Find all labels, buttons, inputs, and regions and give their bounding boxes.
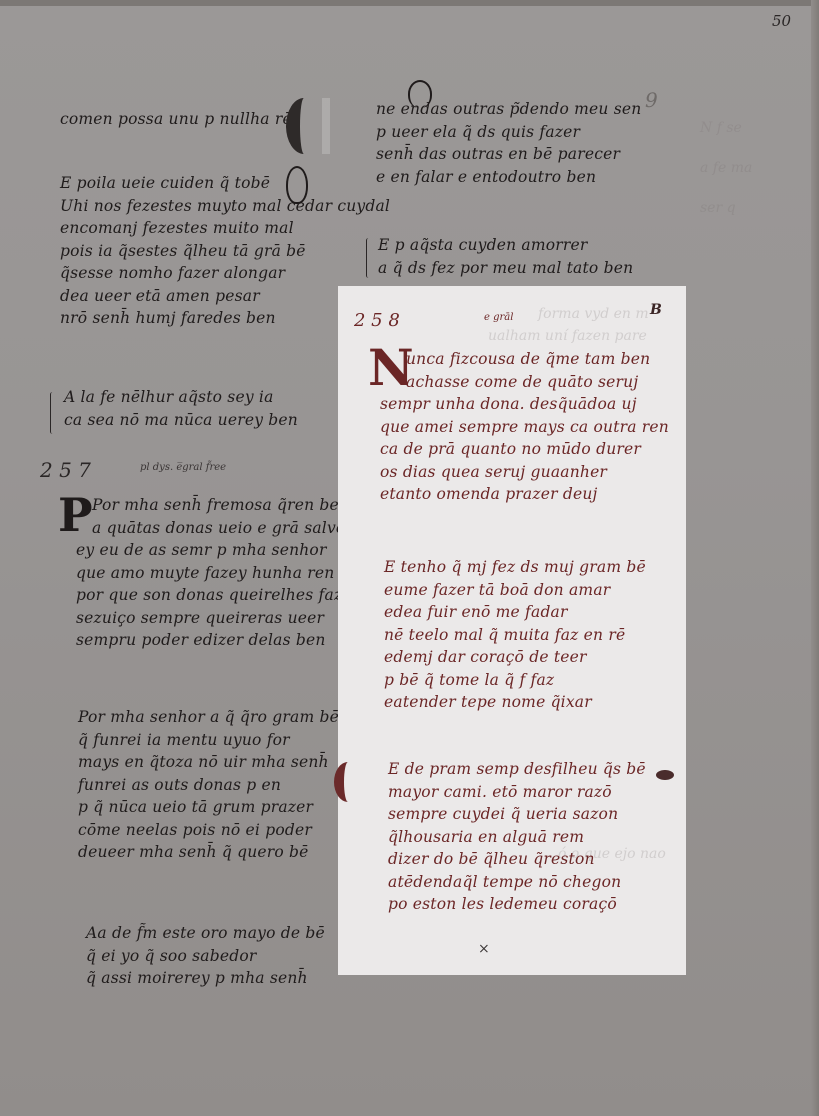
page-right-edge <box>811 0 819 1116</box>
verse-line: sempru poder edizer delas ben <box>76 629 359 652</box>
verse-line: ne endas outras p̃dendo meu sen <box>376 98 641 121</box>
verse-line: edemj dar coraçō de teer <box>384 646 646 669</box>
verse-line: p bē q̃ tome la q̃ f faz <box>384 669 646 692</box>
show-through-text: a fe ma <box>700 160 752 176</box>
verse-line: unca fizcousa de q̃me tam ben <box>398 348 669 371</box>
rubric-note: pl dys. e̅gral f̃ree <box>140 462 226 473</box>
poem-number: 2 5 8 <box>354 310 400 331</box>
verse-line: sezuiço sempre queireras ueer <box>76 607 359 630</box>
verse-line: Por mha senhor a q̃ q̃ro gram bē <box>78 706 339 729</box>
left-column-top-line: comen possa unu p nullha rē <box>60 108 292 131</box>
verse-line: q̃lhousaria en alguā rem <box>388 826 646 849</box>
verse-line: por que son donas queirelhes fazer <box>76 584 359 607</box>
verse-line: mays en q̃toza nō uir mha senh̄ <box>78 751 339 774</box>
verse-line: E p aq̃sta cuyden amorrer <box>378 234 633 257</box>
show-through-text: ualham uní fazen pare <box>488 328 647 344</box>
verse-line: deueer mha senh̄ q̃ quero bē <box>78 841 339 864</box>
refrain-bracket <box>366 238 371 278</box>
verse-line: ey eu de as semr p mha senhor <box>76 539 359 562</box>
poem-258-stanza-3: E de pram semp desfilheu q̃s bē mayor ca… <box>388 758 646 916</box>
refrain-bracket <box>50 392 55 434</box>
verse-line: po eston les ledemeu coraçō <box>388 893 646 916</box>
verse-line: Aa de f̃m este oro mayo de bē <box>86 922 325 945</box>
verse-line: dizer do bē q̃lheu q̃reston <box>388 848 646 871</box>
verse-line: etanto omenda prazer deuj <box>380 483 669 506</box>
verse-line: Uhi nos fezestes muyto mal cedar cuydal <box>60 195 390 218</box>
show-through-text: ser q <box>700 200 736 216</box>
margin-mark: B <box>650 302 662 318</box>
margin-mark: 9 <box>645 88 658 112</box>
verse-line: E poila ueie cuiden q̃ tobē <box>60 172 390 195</box>
verse-line: eume fazer tā boā don amar <box>384 579 646 602</box>
verse-line: comen possa unu p nullha rē <box>60 108 292 131</box>
page-top-edge <box>0 0 819 6</box>
poem-257-stanza-3: Aa de f̃m este oro mayo de bē q̃ ei yo q… <box>86 922 325 990</box>
verse-line: cōme neelas pois nō ei poder <box>78 819 339 842</box>
right-stanza-2: E p aq̃sta cuyden amorrer a q̃ ds fez po… <box>378 234 633 279</box>
verse-line: sempr unha dona. desq̃uādoa uj <box>380 393 669 416</box>
verse-line: funrei as outs donas p en <box>78 774 339 797</box>
poem-258-stanza-2: E tenho q̃ mj fez ds muj gram bē eume fa… <box>384 556 646 714</box>
verse-line: que amei sempre mays ca outra ren <box>380 416 669 439</box>
verse-line: E tenho q̃ mj fez ds muj gram bē <box>384 556 646 579</box>
verse-line: que amo muyte fazey hunha ren <box>76 562 359 585</box>
verse-line: q̃sesse nomho fazer alongar <box>60 262 390 285</box>
verse-line: nē teelo mal q̃ muita faz en rē <box>384 624 646 647</box>
left-stanza-2: A la fe nēlhur aq̃sto sey ia ca sea nō m… <box>64 386 298 431</box>
verse-line: ca de prā quanto no mūdo durer <box>380 438 669 461</box>
verse-line: edea fuir enō me fadar <box>384 601 646 624</box>
verse-line: eatender tepe nome q̃ixar <box>384 691 646 714</box>
verse-line: q̃ funrei ia mentu uyuo for <box>78 729 339 752</box>
verse-line: senh̄ das outras en bē parecer <box>376 143 641 166</box>
poem-257-stanza-2: Por mha senhor a q̃ q̃ro gram bē q̃ funr… <box>78 706 339 864</box>
verse-line: achasse come de quāto seruj <box>398 371 669 394</box>
verse-line: p q̃ nūca ueio tā grum prazer <box>78 796 339 819</box>
verse-line: e en falar e entodoutro ben <box>376 166 641 189</box>
verse-line: pois ia q̃sestes q̃lheu tā grā bē <box>60 240 390 263</box>
verse-line: E de pram semp desfilheu q̃s bē <box>388 758 646 781</box>
show-through-text: forma vyd en m <box>538 306 649 322</box>
show-through-text: N f se <box>700 120 742 136</box>
ink-smudge <box>656 770 674 780</box>
rubric-note: e grāl <box>484 312 513 323</box>
verse-line: mayor cami. etō maror razō <box>388 781 646 804</box>
verse-line: q̃ ei yo q̃ soo sabedor <box>86 945 325 968</box>
manuscript-page: 50 N f se a fe ma ser q 9 comen possa un… <box>0 0 819 1116</box>
verse-line: Por mha senh̄ fremosa q̃ren ben <box>80 494 359 517</box>
verse-line: A la fe nēlhur aq̃sto sey ia <box>64 386 298 409</box>
decorated-initial-faded-red <box>334 762 362 802</box>
highlighted-region: forma vyd en m ualham uní fazen pare ó o… <box>338 286 686 975</box>
verse-line: ca sea nō ma nūca uerey ben <box>64 409 298 432</box>
decorated-initial-faded <box>286 98 322 154</box>
verse-line: os dias quea seruj guaanher <box>380 461 669 484</box>
cross-mark: × <box>478 941 490 957</box>
poem-258-stanza-1: unca fizcousa de q̃me tam ben achasse co… <box>398 348 669 506</box>
verse-line: atēdendaq̃l tempe nō chegon <box>388 871 646 894</box>
verse-line: encomanj fezestes muito mal <box>60 217 390 240</box>
verse-line: p ueer ela q̃ ds quis fazer <box>376 121 641 144</box>
verse-line: a quātas donas ueio e grā salvor <box>80 517 359 540</box>
poem-number: 2 5 7 <box>40 458 91 482</box>
verse-line: q̃ assi moirerey p mha senh̄ <box>86 967 325 990</box>
verse-line: a q̃ ds fez por meu mal tato ben <box>378 257 633 280</box>
folio-number: 50 <box>772 12 791 30</box>
verse-line: sempre cuydei q̃ ueria sazon <box>388 803 646 826</box>
right-stanza-1: ne endas outras p̃dendo meu sen p ueer e… <box>376 98 641 188</box>
poem-257-stanza-1: Por mha senh̄ fremosa q̃ren ben a quātas… <box>80 494 359 652</box>
